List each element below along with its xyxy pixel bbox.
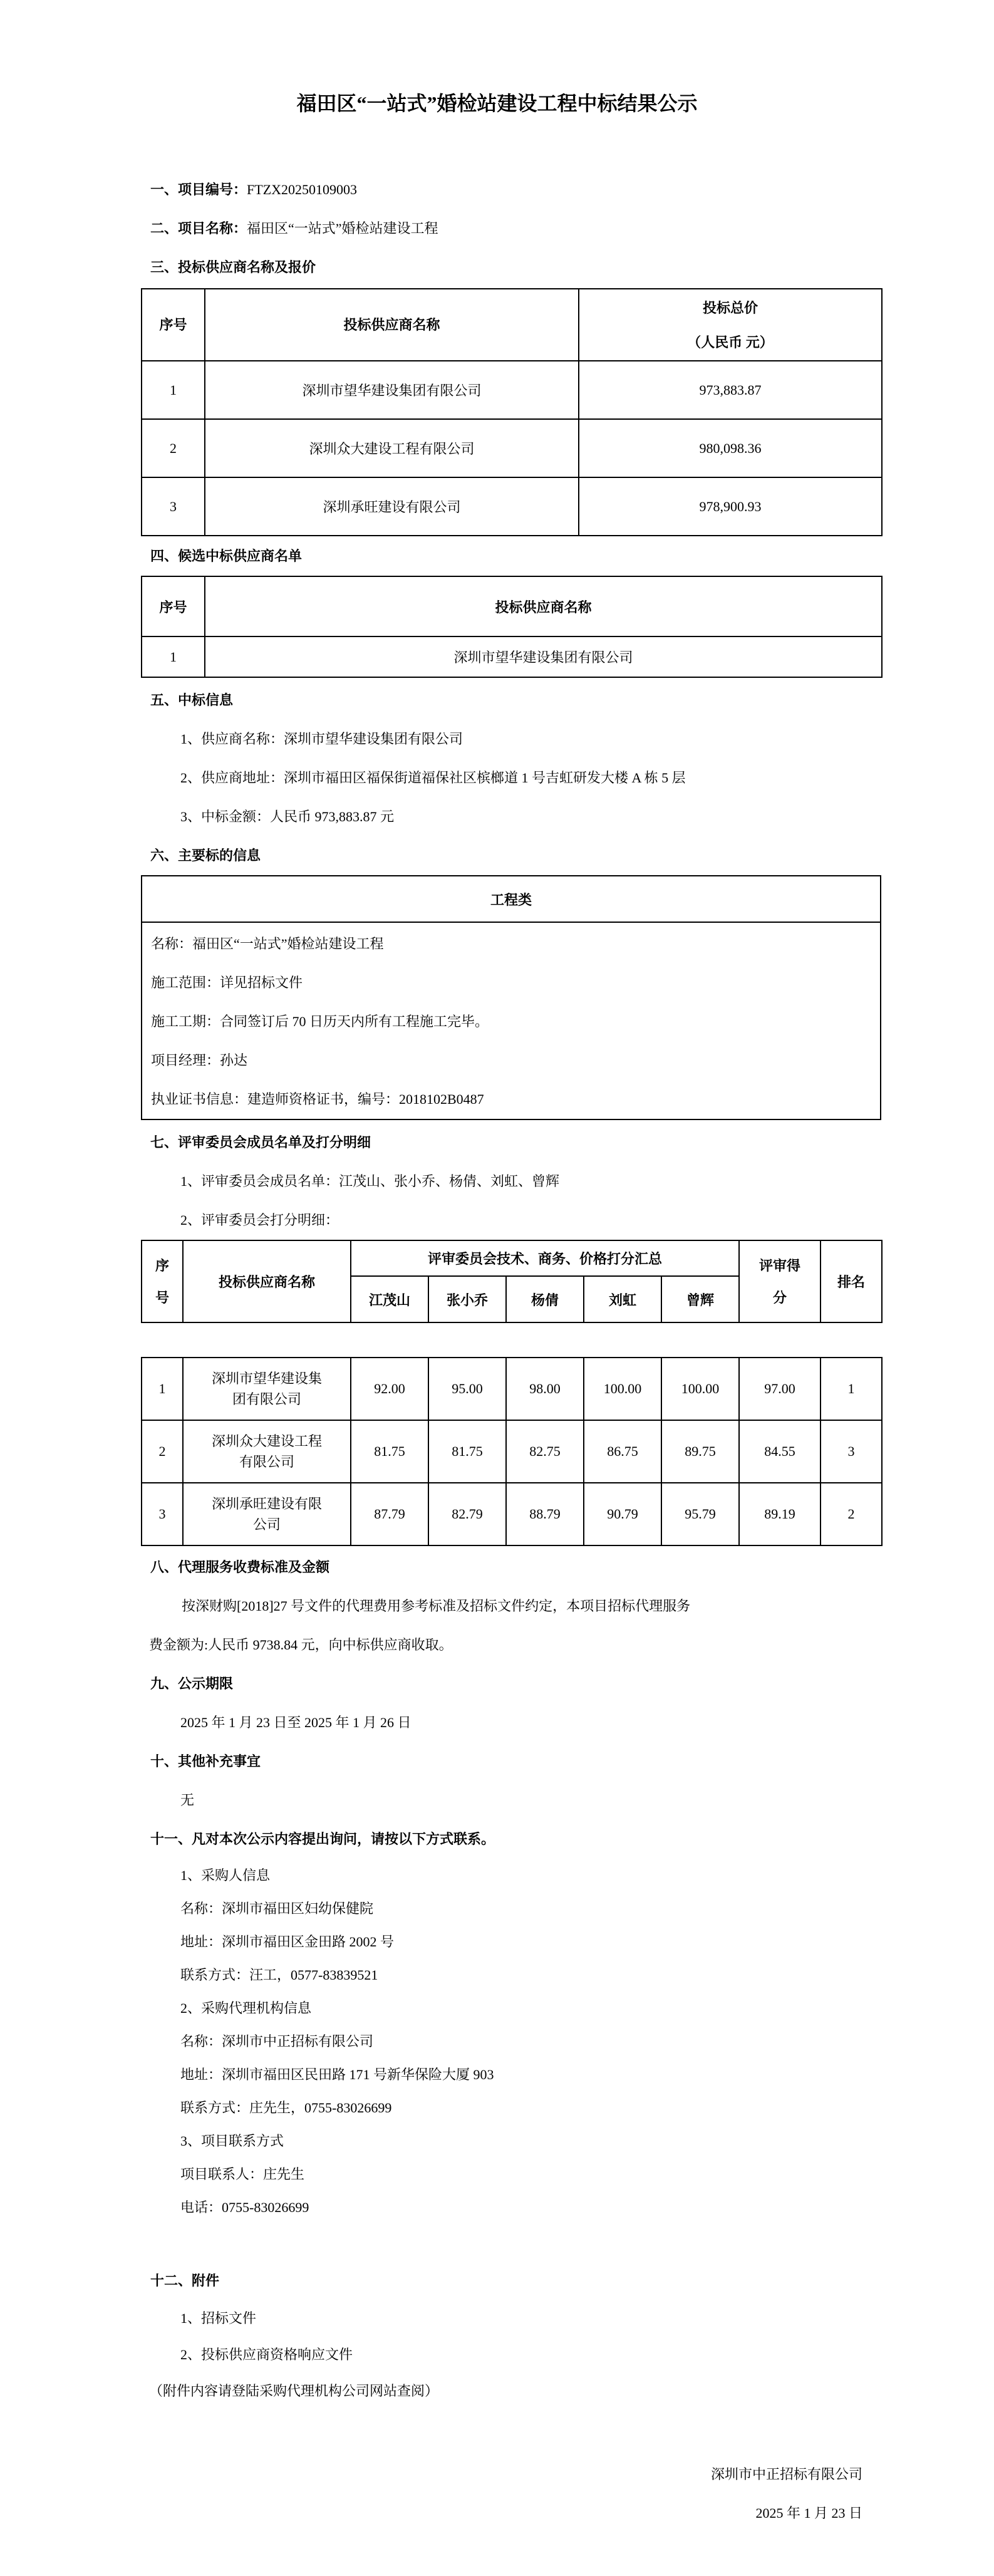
table-row: 名称：福田区“一站式”婚检站建设工程 施工范围：详见招标文件 施工工期：合同签订… [142,922,881,1119]
agency-fee-line-2: 费金额为:人民币 9738.84 元，向中标供应商收取。 [149,1626,881,1665]
candidate-col-supplier: 投标供应商名称 [205,576,882,636]
row-no: 2 [142,419,205,477]
subject-certificate-line: 执业证书信息：建造师资格证书，编号：2018102B0487 [151,1080,874,1119]
score-table-body: 1 深圳市望华建设集团有限公司 92.00 95.00 98.00 100.00… [141,1357,883,1546]
bid-price-table: 序号 投标供应商名称 投标总价 （人民币 元） 1 深圳市望华建设集团有限公司 … [141,288,883,536]
evaluator-name: 曾辉 [661,1276,739,1322]
supplementary-none-line: 无 [180,1781,881,1820]
score-detail-label: 2、评审委员会打分明细： [180,1201,881,1240]
row-no: 1 [142,1358,183,1420]
row-no: 1 [142,361,205,419]
subject-info-table: 工程类 名称：福田区“一站式”婚检站建设工程 施工范围：详见招标文件 施工工期：… [141,875,881,1120]
rank-value: 3 [821,1420,882,1483]
score-table-header: 序号 投标供应商名称 评审委员会技术、商务、价格打分汇总 评审得分 排名 江茂山… [141,1240,883,1323]
document-body: 一、项目编号：FTZX20250109003 二、项目名称：福田区“一站式”婚检… [0,170,994,2533]
announcement-page: { "doc": { "title": "福田区“一站式”婚检站建设工程中标结果… [0,0,994,2576]
score-value: 87.79 [351,1483,428,1545]
total-score: 84.55 [739,1420,821,1483]
section-1-label: 一、项目编号： [150,182,247,197]
score-col-supplier: 投标供应商名称 [183,1240,351,1322]
table-row: 2 深圳众大建设工程有限公司 980,098.36 [142,419,882,477]
score-value: 88.79 [506,1483,584,1545]
score-value: 90.79 [584,1483,661,1545]
project-contact-phone-line: 电话：0755-83026699 [180,2191,881,2224]
supplier-name: 深圳众大建设工程有限公司 [205,419,579,477]
subject-table-header-row: 工程类 [142,876,881,922]
section-9-heading: 九、公示期限 [150,1665,881,1703]
score-value: 95.79 [661,1483,739,1545]
subject-name-line: 名称：福田区“一站式”婚检站建设工程 [151,925,874,963]
row-no: 1 [142,636,205,677]
purchaser-address-line: 地址：深圳市福田区金田路 2002 号 [180,1925,881,1958]
supplier-name: 深圳市望华建设集团有限公司 [205,361,579,419]
section-7-heading: 七、评审委员会成员名单及打分明细 [150,1123,881,1162]
candidate-table-header-row: 序号 投标供应商名称 [142,576,882,636]
section-3-heading: 三、投标供应商名称及报价 [150,248,881,287]
attachment-note-line: （附件内容请登陆采购代理机构公司网站查阅） [149,2373,881,2409]
candidate-table: 序号 投标供应商名称 1 深圳市望华建设集团有限公司 [141,576,883,678]
table-row: 1 深圳市望华建设集团有限公司 973,883.87 [142,361,882,419]
bid-col-price-line2: （人民币 元） [579,325,881,360]
signature-block: 深圳市中正招标有限公司 2025 年 1 月 23 日 [141,2455,881,2533]
bid-col-price: 投标总价 （人民币 元） [579,289,882,361]
subject-scope-line: 施工范围：详见招标文件 [151,963,874,1002]
row-no: 3 [142,477,205,536]
total-score: 97.00 [739,1358,821,1420]
supplier-name: 深圳众大建设工程有限公司 [183,1420,351,1483]
signature-company: 深圳市中正招标有限公司 [141,2455,862,2494]
agency-fee-line-1: 按深财购[2018]27 号文件的代理费用参考标准及招标文件约定，本项目招标代理… [182,1587,881,1626]
subject-detail-cell: 名称：福田区“一站式”婚检站建设工程 施工范围：详见招标文件 施工工期：合同签订… [142,922,881,1119]
evaluator-name: 杨倩 [506,1276,584,1322]
score-value: 92.00 [351,1358,428,1420]
subject-manager-line: 项目经理：孙达 [151,1041,874,1080]
evaluator-name: 江茂山 [351,1276,428,1322]
bid-price: 980,098.36 [579,419,882,477]
section-2-project-name: 二、项目名称：福田区“一站式”婚检站建设工程 [150,209,881,248]
bid-col-no: 序号 [142,289,205,361]
score-value: 86.75 [584,1420,661,1483]
score-value: 95.00 [428,1358,506,1420]
bid-price: 978,900.93 [579,477,882,536]
table-row: 1 深圳市望华建设集团有限公司 92.00 95.00 98.00 100.00… [142,1358,882,1420]
purchaser-name-line: 名称：深圳市福田区妇幼保健院 [180,1892,881,1925]
purchaser-contact-line: 联系方式：汪工，0577-83839521 [180,1958,881,1992]
score-value: 98.00 [506,1358,584,1420]
page-title: 福田区“一站式”婚检站建设工程中标结果公示 [0,81,994,125]
section-10-heading: 十、其他补充事宜 [150,1742,881,1781]
score-value: 100.00 [584,1358,661,1420]
score-value: 100.00 [661,1358,739,1420]
project-contact-name-line: 项目联系人：庄先生 [180,2158,881,2191]
section-12-heading: 十二、附件 [150,2262,881,2300]
supplier-name: 深圳承旺建设有限公司 [205,477,579,536]
agency-name-line: 名称：深圳市中正招标有限公司 [180,2025,881,2058]
row-no: 3 [142,1483,183,1545]
project-number-value: FTZX20250109003 [247,182,357,197]
attachment-2-line: 2、投标供应商资格响应文件 [180,2337,881,2373]
winner-name-line: 1、供应商名称：深圳市望华建设集团有限公司 [180,720,881,759]
bid-table-header-row: 序号 投标供应商名称 投标总价 （人民币 元） [142,289,882,361]
section-4-heading: 四、候选中标供应商名单 [150,539,881,574]
table-row: 3 深圳承旺建设有限公司 87.79 82.79 88.79 90.79 95.… [142,1483,882,1545]
winner-amount-line: 3、中标金额：人民币 973,883.87 元 [180,797,881,836]
section-8-heading: 八、代理服务收费标准及金额 [150,1548,881,1587]
section-6-heading: 六、主要标的信息 [150,836,881,875]
agency-info-label: 2、采购代理机构信息 [180,1992,881,2025]
bid-price: 973,883.87 [579,361,882,419]
attachment-1-line: 1、招标文件 [180,2300,881,2337]
rank-value: 2 [821,1483,882,1545]
page-break-gap [141,1323,881,1340]
table-row: 2 深圳众大建设工程有限公司 81.75 81.75 82.75 86.75 8… [142,1420,882,1483]
row-no: 2 [142,1420,183,1483]
table-row: 1 深圳市望华建设集团有限公司 [142,636,882,677]
candidate-col-no: 序号 [142,576,205,636]
project-name-value: 福田区“一站式”婚检站建设工程 [247,221,438,236]
score-span-header: 评审委员会技术、商务、价格打分汇总 [351,1240,739,1276]
section-1-project-number: 一、项目编号：FTZX20250109003 [150,170,881,209]
evaluator-name: 刘虹 [584,1276,661,1322]
winner-address-line: 2、供应商地址：深圳市福田区福保街道福保社区槟榔道 1 号吉虹研发大楼 A 栋 … [180,759,881,797]
section-11-heading: 十一、凡对本次公示内容提出询问，请按以下方式联系。 [150,1820,881,1859]
score-value: 82.79 [428,1483,506,1545]
supplier-name: 深圳市望华建设集团有限公司 [205,636,882,677]
score-col-no: 序号 [142,1240,183,1322]
publicity-period-line: 2025 年 1 月 23 日至 2025 年 1 月 26 日 [180,1703,881,1742]
score-header-row-1: 序号 投标供应商名称 评审委员会技术、商务、价格打分汇总 评审得分 排名 [142,1240,882,1276]
supplier-name: 深圳承旺建设有限公司 [183,1483,351,1545]
agency-address-line: 地址：深圳市福田区民田路 171 号新华保险大厦 903 [180,2058,881,2091]
score-value: 82.75 [506,1420,584,1483]
agency-contact-line: 联系方式：庄先生，0755-83026699 [180,2091,881,2124]
score-value: 81.75 [428,1420,506,1483]
total-score: 89.19 [739,1483,821,1545]
score-col-total: 评审得分 [739,1240,821,1322]
bid-col-supplier: 投标供应商名称 [205,289,579,361]
section-2-label: 二、项目名称： [150,221,247,236]
subject-duration-line: 施工工期：合同签订后 70 日历天内所有工程施工完毕。 [151,1002,874,1041]
score-value: 81.75 [351,1420,428,1483]
signature-date: 2025 年 1 月 23 日 [141,2494,862,2533]
score-value: 89.75 [661,1420,739,1483]
project-contact-label: 3、项目联系方式 [180,2124,881,2158]
section-5-heading: 五、中标信息 [150,681,881,720]
bid-col-price-line1: 投标总价 [579,291,881,325]
rank-value: 1 [821,1358,882,1420]
committee-members-line: 1、评审委员会成员名单：江茂山、张小乔、杨倩、刘虹、曾辉 [180,1162,881,1201]
evaluator-name: 张小乔 [428,1276,506,1322]
supplier-name: 深圳市望华建设集团有限公司 [183,1358,351,1420]
table-row: 3 深圳承旺建设有限公司 978,900.93 [142,477,882,536]
score-col-rank: 排名 [821,1240,882,1322]
purchaser-info-label: 1、采购人信息 [180,1859,881,1892]
subject-category-header: 工程类 [142,876,881,922]
